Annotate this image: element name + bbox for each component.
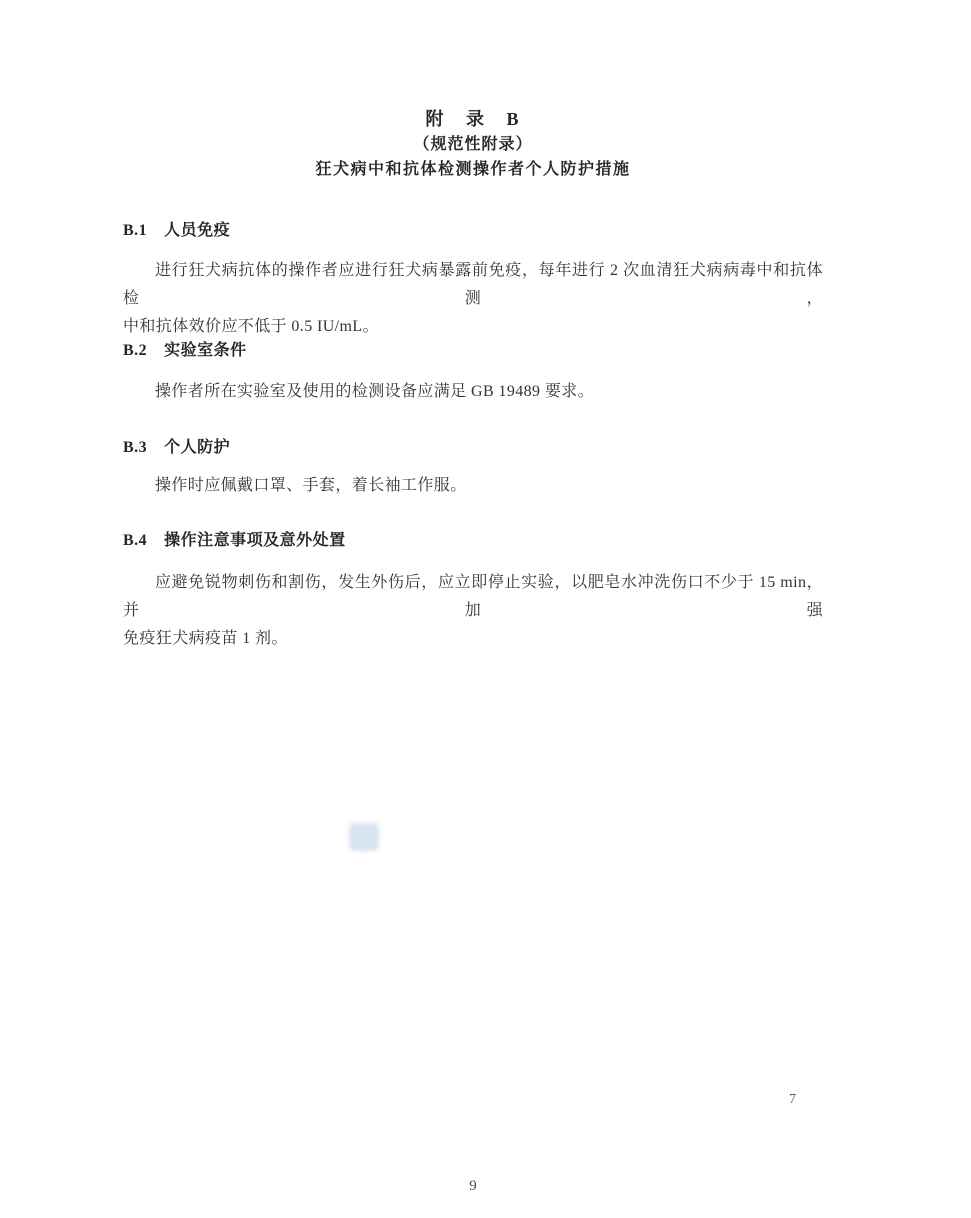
paragraph-line: 免疫狂犬病疫苗 1 剂。: [123, 625, 823, 653]
section-number: B.4: [123, 532, 147, 549]
footer-page-number: 9: [123, 1178, 823, 1195]
section-heading-b1: B.1人员免疫: [123, 217, 823, 240]
document-page-number: 7: [789, 1092, 796, 1108]
paragraph-line: 操作时应佩戴口罩、手套，着长袖工作服。: [123, 472, 823, 500]
scan-artifact-blob: [349, 823, 379, 851]
appendix-label: 附 录 B: [123, 105, 823, 131]
appendix-title: 狂犬病中和抗体检测操作者个人防护措施: [123, 156, 823, 179]
paragraph-line: 应避免锐物刺伤和割伤，发生外伤后，应立即停止实验，以肥皂水冲洗伤口不少于 15 …: [123, 569, 823, 625]
section-paragraph-b3: 操作时应佩戴口罩、手套，着长袖工作服。: [123, 472, 823, 500]
section-number: B.2: [123, 342, 147, 359]
appendix-type: （规范性附录）: [123, 131, 823, 154]
section-heading-b2: B.2实验室条件: [123, 337, 823, 360]
paragraph-line: 进行狂犬病抗体的操作者应进行狂犬病暴露前免疫，每年进行 2 次血清狂犬病病毒中和…: [123, 257, 823, 313]
section-title: 人员免疫: [164, 222, 230, 239]
section-number: B.1: [123, 222, 147, 239]
section-heading-b4: B.4操作注意事项及意外处置: [123, 527, 823, 550]
section-title: 个人防护: [164, 439, 230, 456]
section-number: B.3: [123, 439, 147, 456]
section-title: 实验室条件: [164, 342, 247, 359]
document-page: 附 录 B （规范性附录） 狂犬病中和抗体检测操作者个人防护措施 B.1人员免疫…: [0, 0, 971, 1218]
section-paragraph-b1: 进行狂犬病抗体的操作者应进行狂犬病暴露前免疫，每年进行 2 次血清狂犬病病毒中和…: [123, 257, 823, 341]
paragraph-line: 操作者所在实验室及使用的检测设备应满足 GB 19489 要求。: [123, 378, 823, 406]
section-paragraph-b2: 操作者所在实验室及使用的检测设备应满足 GB 19489 要求。: [123, 378, 823, 406]
section-paragraph-b4: 应避免锐物刺伤和割伤，发生外伤后，应立即停止实验，以肥皂水冲洗伤口不少于 15 …: [123, 569, 823, 653]
section-heading-b3: B.3个人防护: [123, 434, 823, 457]
section-title: 操作注意事项及意外处置: [164, 532, 346, 549]
